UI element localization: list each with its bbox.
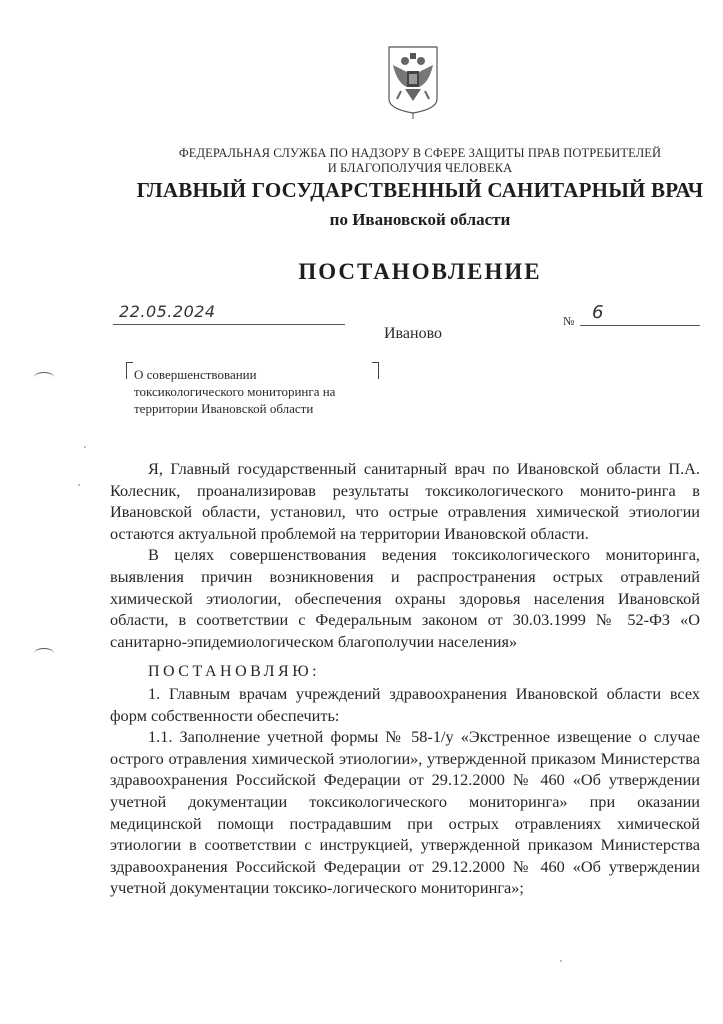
punch-hole-mark (34, 648, 54, 659)
number-sign: № (563, 314, 574, 329)
subject-bracket-left (126, 362, 133, 379)
number-underline (580, 325, 700, 326)
punch-hole-mark (34, 372, 54, 383)
scan-speck (78, 484, 80, 486)
date-underline (113, 324, 345, 325)
document-city: Иваново (384, 325, 442, 343)
decree-item: 1.1. Заполнение учетной формы № 58-1/у «… (110, 726, 700, 899)
decree-heading: ПОСТАНОВЛЯЮ: (110, 661, 700, 683)
document-type-title: ПОСТАНОВЛЕНИЕ (140, 259, 700, 285)
agency-name-line2: И БЛАГОПОЛУЧИЯ ЧЕЛОВЕКА (140, 161, 700, 176)
agency-name-line1: ФЕДЕРАЛЬНАЯ СЛУЖБА ПО НАДЗОРУ В СФЕРЕ ЗА… (140, 146, 700, 161)
document-number: 6 (592, 302, 603, 323)
document-body: Я, Главный государственный санитарный вр… (110, 458, 700, 899)
decree-item: 1. Главным врачам учреждений здравоохран… (110, 683, 700, 726)
subject-line: токсикологического мониторинга на (134, 383, 335, 400)
intro-paragraph: Я, Главный государственный санитарный вр… (110, 458, 700, 544)
document-date: 22.05.2024 (119, 302, 216, 321)
chief-title: ГЛАВНЫЙ ГОСУДАРСТВЕННЫЙ САНИТАРНЫЙ ВРАЧ (120, 178, 720, 203)
subject-line: территории Ивановской области (134, 400, 335, 417)
basis-paragraph: В целях совершенствования ведения токсик… (110, 544, 700, 652)
subject-line: О совершенствовании (134, 366, 335, 383)
region-title: по Ивановской области (140, 210, 700, 230)
scan-speck (84, 446, 86, 448)
scan-speck (560, 960, 562, 962)
document-subject: О совершенствовании токсикологического м… (134, 366, 335, 417)
subject-bracket-right (372, 362, 379, 379)
coat-of-arms-icon (383, 43, 443, 121)
